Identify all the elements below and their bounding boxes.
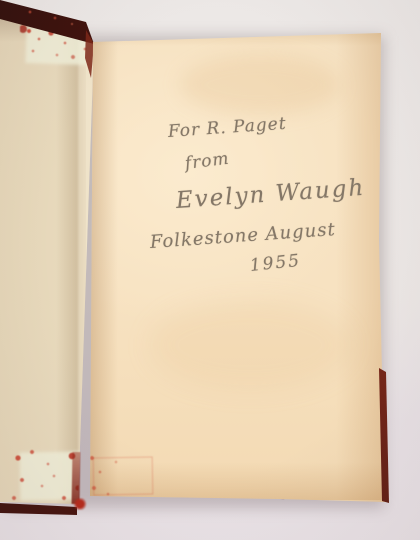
inscription-line-place-month: Folkestone August: [149, 219, 336, 253]
right-page-edge-shadow: [336, 28, 386, 506]
gutter-stain: [72, 452, 81, 504]
book-photograph: For R. Paget from Evelyn Waugh Folkeston…: [0, 0, 420, 540]
inscription-line-dedication: For R. Paget: [167, 114, 287, 142]
inscription-line-year: 1955: [249, 251, 302, 276]
page-toning-stain: [150, 300, 350, 390]
page-toning-stain: [180, 55, 340, 115]
inscription-line-from: from: [184, 149, 231, 174]
red-spatter-near-gutter: [86, 448, 132, 500]
gutter-red-blob: [73, 498, 87, 510]
